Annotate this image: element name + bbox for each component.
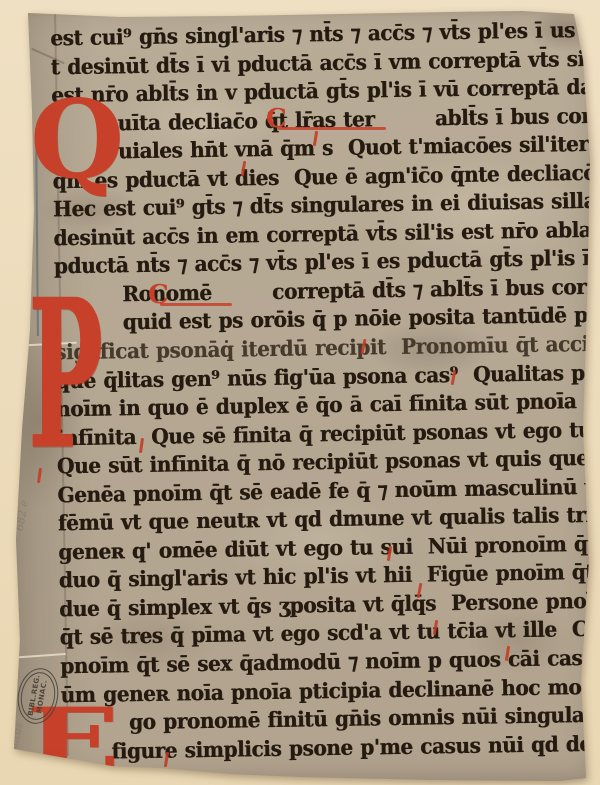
- rubric-guide-letter: C: [148, 282, 169, 308]
- rubric-initial-q: Q: [30, 86, 124, 194]
- manuscript-leaf: est cui⁹ gn̄s singl'aris ⁊ nt̄s ⁊ acc̄s …: [0, 0, 600, 785]
- rubric-guide-letter: C: [266, 106, 287, 132]
- scratch-mark: [8, 653, 66, 659]
- leaf-shadow-wrap: est cui⁹ gn̄s singl'aris ⁊ nt̄s ⁊ acc̄s …: [0, 0, 600, 785]
- manuscript-photo: est cui⁹ gn̄s singl'aris ⁊ nt̄s ⁊ acc̄s …: [0, 0, 600, 785]
